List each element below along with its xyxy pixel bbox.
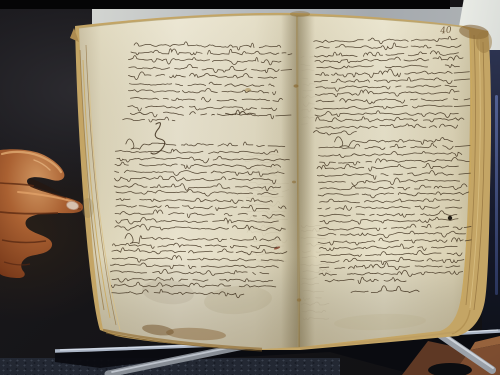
photo-scene: 40 [0, 0, 500, 375]
hand [0, 0, 500, 375]
